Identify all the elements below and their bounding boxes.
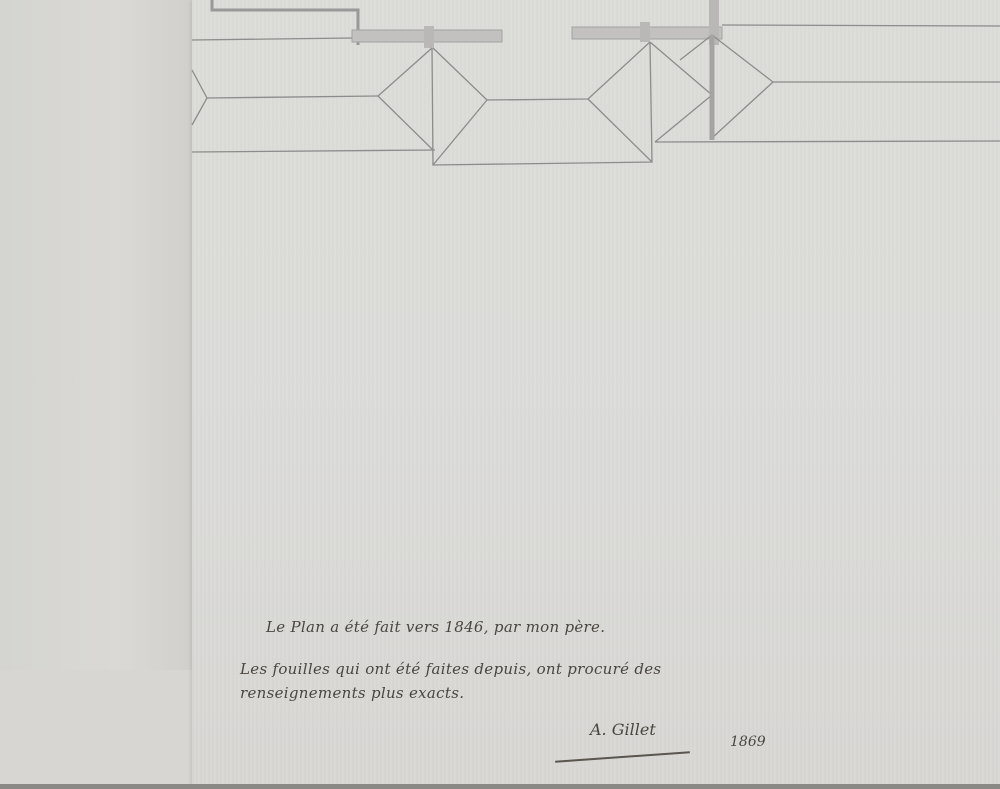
architectural-plan-drawing <box>0 0 1000 170</box>
signature-year: 1869 <box>730 734 766 750</box>
note-line-1: Le Plan a été fait vers 1846, par mon pè… <box>240 612 860 642</box>
frame-edge <box>0 784 1000 789</box>
handwritten-note: Le Plan a été fait vers 1846, par mon pè… <box>240 612 860 708</box>
signature: A. Gillet <box>590 720 656 739</box>
